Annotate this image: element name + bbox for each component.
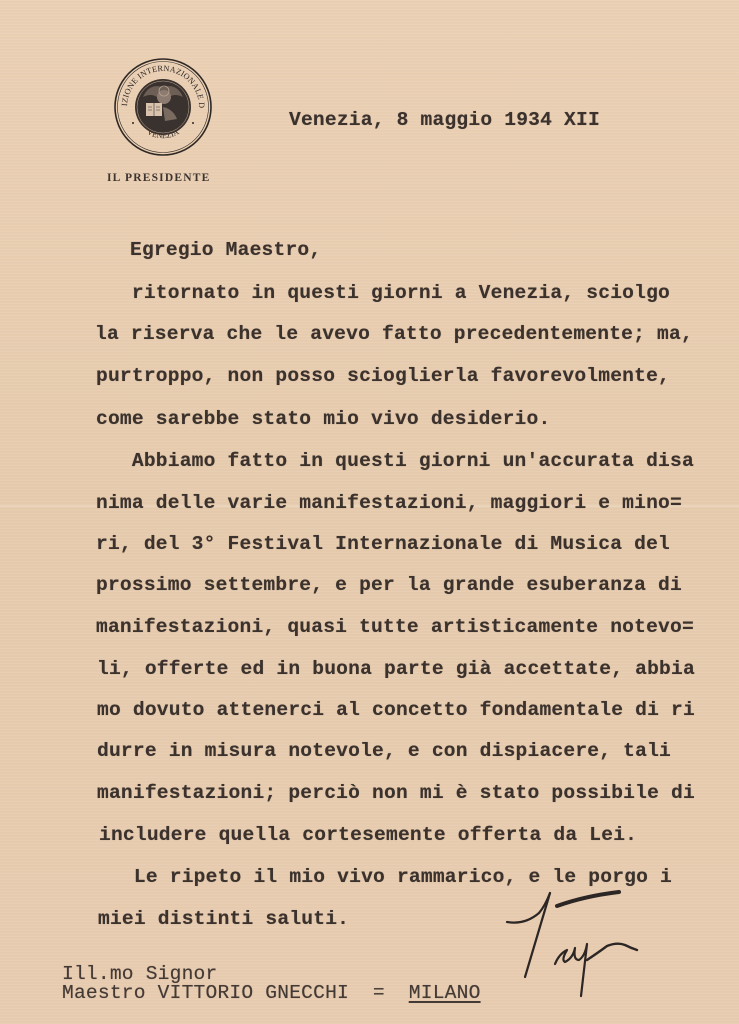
body-line: Abbiamo fatto in questi giorni un'accura… — [96, 452, 694, 472]
body-line: la riserva che le avevo fatto precedente… — [95, 325, 693, 345]
body-line: mo dovuto attenerci al concetto fondamen… — [97, 701, 695, 721]
body-line: purtroppo, non posso scioglierla favorev… — [96, 367, 670, 387]
body-line: nima delle varie manifestazioni, maggior… — [96, 494, 682, 514]
body-line: prossimo settembre, e per la grande esub… — [96, 576, 682, 596]
body-line: ri, del 3° Festival Internazionale di Mu… — [96, 535, 670, 555]
body-line: li, offerte ed in buona parte già accett… — [97, 660, 695, 680]
address-recipient-name: Maestro VITTORIO GNECCHI = MILANO — [62, 984, 481, 1003]
body-line: miei distinti saluti. — [98, 910, 349, 930]
body-line: manifestazioni, quasi tutte artisticamen… — [96, 618, 694, 638]
body-line: includere quella cortesemente offerta da… — [99, 826, 637, 846]
salutation: Egregio Maestro, — [130, 241, 321, 261]
letterhead-title: IL PRESIDENTE — [107, 172, 210, 184]
body-line: durre in misura notevole, e con dispiace… — [97, 742, 671, 762]
seal-emblem-icon: ESPOSIZIONE INTERNAZIONALE D'ARTE VENEZI… — [113, 57, 213, 157]
address-name: Maestro VITTORIO GNECCHI = — [62, 982, 409, 1004]
date-line: Venezia, 8 maggio 1934 XII — [289, 111, 600, 131]
address-city: MILANO — [409, 982, 481, 1004]
body-line: come sarebbe stato mio vivo desiderio. — [96, 410, 550, 430]
body-line: ritornato in questi giorni a Venezia, sc… — [96, 284, 670, 304]
body-line: manifestazioni; perciò non mi è stato po… — [97, 784, 695, 804]
signature: Volpi — [495, 880, 665, 1010]
